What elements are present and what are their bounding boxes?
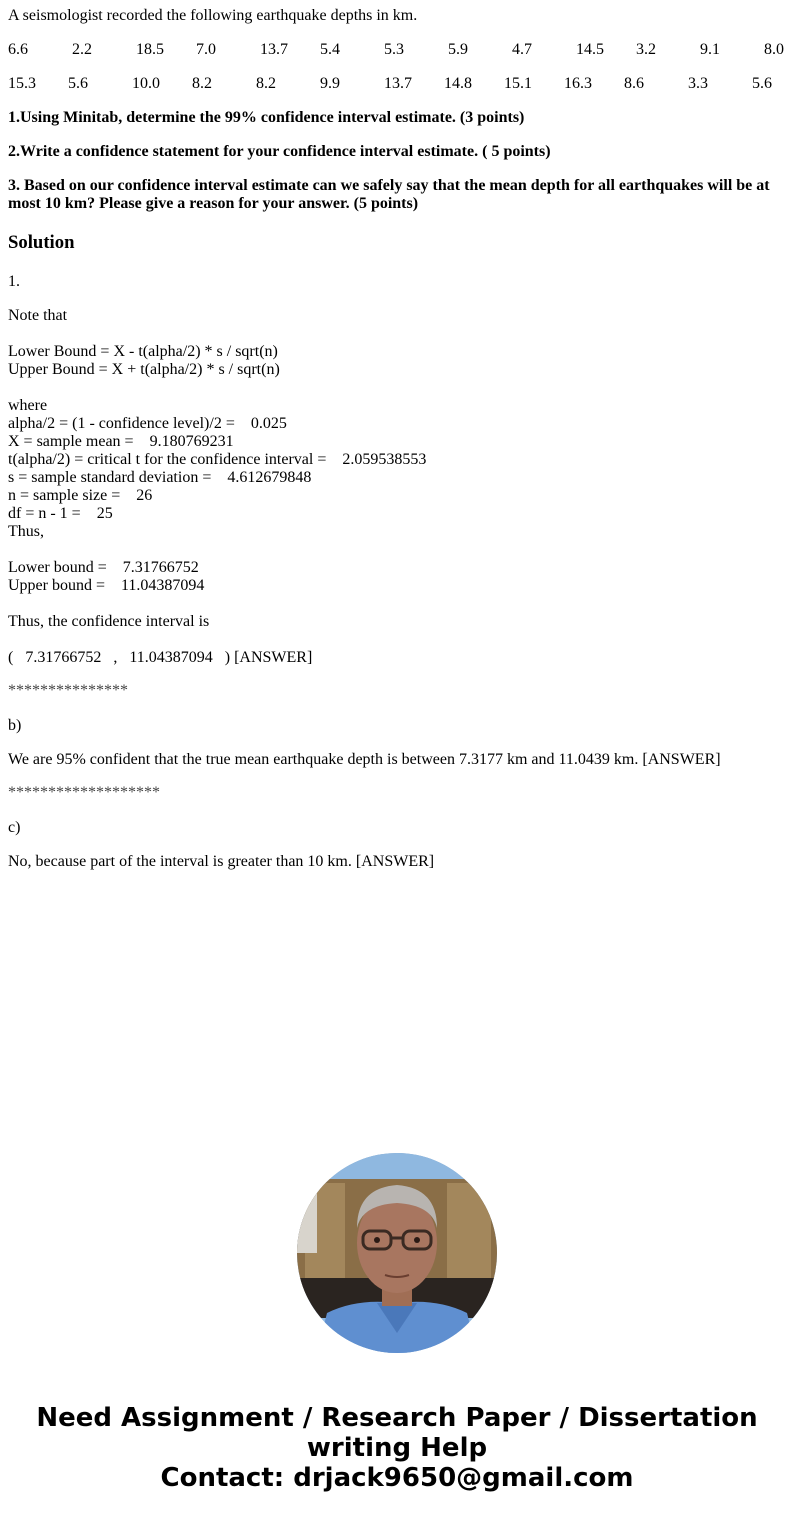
def-sample-size: n = sample size = 26	[8, 487, 152, 505]
where-label: where	[8, 397, 47, 415]
note-text: Note that	[8, 307, 67, 325]
part-c-label: c)	[8, 819, 20, 837]
person-portrait-icon	[297, 1153, 497, 1353]
depth-value: 9.9	[320, 75, 340, 93]
depths-row-1: 6.6 2.2 18.5 7.0 13.7 5.4 5.3 5.9 4.7 14…	[8, 41, 794, 59]
def-std-dev: s = sample standard deviation = 4.612679…	[8, 469, 311, 487]
depth-value: 2.2	[72, 41, 92, 59]
part-b-label: b)	[8, 717, 21, 735]
depth-value: 5.9	[448, 41, 468, 59]
depth-value: 8.2	[256, 75, 276, 93]
formula-upper: Upper Bound = X + t(alpha/2) * s / sqrt(…	[8, 361, 280, 379]
part-1-label: 1.	[8, 273, 20, 291]
separator: *******************	[8, 784, 160, 802]
promo-line-1: Need Assignment / Research Paper / Disse…	[0, 1403, 794, 1433]
promo-contact: Contact: drjack9650@gmail.com	[0, 1463, 794, 1493]
depth-value: 13.7	[384, 75, 412, 93]
depth-value: 3.2	[636, 41, 656, 59]
part-b-answer: We are 95% confident that the true mean …	[8, 751, 721, 769]
tutor-avatar	[297, 1153, 497, 1353]
depth-value: 9.1	[700, 41, 720, 59]
depth-value: 5.4	[320, 41, 340, 59]
ci-answer: ( 7.31766752 , 11.04387094 ) [ANSWER]	[8, 649, 312, 667]
depth-value: 8.2	[192, 75, 212, 93]
solution-heading: Solution	[8, 232, 74, 254]
depth-value: 13.7	[260, 41, 288, 59]
depth-value: 15.3	[8, 75, 36, 93]
question-part-2: 2.Write a confidence statement for your …	[8, 143, 786, 161]
part-c-answer: No, because part of the interval is grea…	[8, 853, 434, 871]
thus-label: Thus,	[8, 523, 44, 541]
question-intro: A seismologist recorded the following ea…	[8, 7, 417, 25]
formula-lower: Lower Bound = X - t(alpha/2) * s / sqrt(…	[8, 343, 278, 361]
def-critical-t: t(alpha/2) = critical t for the confiden…	[8, 451, 426, 469]
depths-row-2: 15.3 5.6 10.0 8.2 8.2 9.9 13.7 14.8 15.1…	[8, 75, 794, 93]
def-alpha: alpha/2 = (1 - confidence level)/2 = 0.0…	[8, 415, 287, 433]
question-part-1: 1.Using Minitab, determine the 99% confi…	[8, 109, 786, 127]
def-df: df = n - 1 = 25	[8, 505, 113, 523]
depth-value: 18.5	[136, 41, 164, 59]
depth-value: 6.6	[8, 41, 28, 59]
depth-value: 14.5	[576, 41, 604, 59]
depth-value: 8.0	[764, 41, 784, 59]
depth-value: 7.0	[196, 41, 216, 59]
depth-value: 4.7	[512, 41, 532, 59]
depth-value: 5.6	[752, 75, 772, 93]
depth-value: 3.3	[688, 75, 708, 93]
def-mean: X = sample mean = 9.180769231	[8, 433, 234, 451]
ci-intro: Thus, the confidence interval is	[8, 613, 209, 631]
depth-value: 5.3	[384, 41, 404, 59]
depth-value: 8.6	[624, 75, 644, 93]
promo-line-2: writing Help	[0, 1433, 794, 1463]
separator: ***************	[8, 682, 128, 700]
upper-bound: Upper bound = 11.04387094	[8, 577, 204, 595]
depth-value: 16.3	[564, 75, 592, 93]
lower-bound: Lower bound = 7.31766752	[8, 559, 199, 577]
question-part-3: 3. Based on our confidence interval esti…	[8, 177, 786, 213]
promo-banner: Need Assignment / Research Paper / Disse…	[0, 1403, 794, 1493]
depth-value: 15.1	[504, 75, 532, 93]
depth-value: 5.6	[68, 75, 88, 93]
depth-value: 10.0	[132, 75, 160, 93]
depth-value: 14.8	[444, 75, 472, 93]
